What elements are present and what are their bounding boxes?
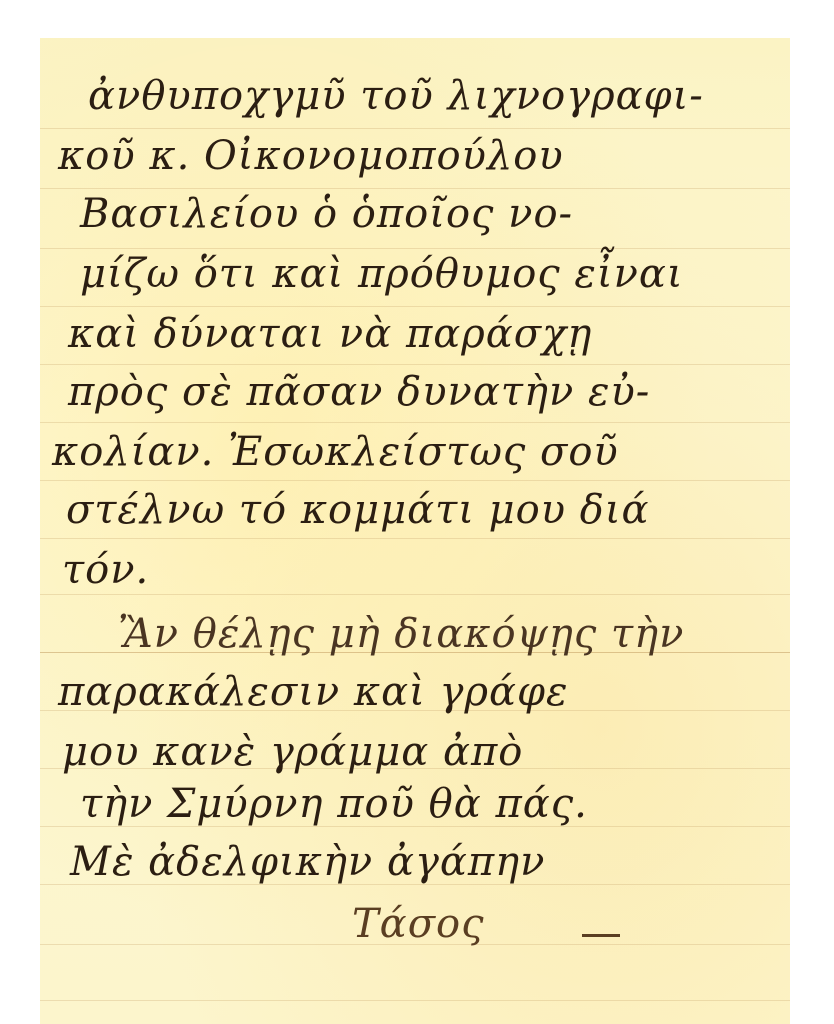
ruled-line (40, 422, 790, 423)
signature: Τάσος (352, 900, 484, 948)
ruled-line (40, 188, 790, 189)
ruled-line (40, 364, 790, 365)
letter-line-14: Μὲ ἀδελφικὴν ἀγάπην (70, 838, 545, 886)
letter-line-13: τὴν Σμύρνη ποῦ θὰ πάς. (80, 780, 588, 828)
ruled-line (40, 594, 790, 595)
signature-dash (582, 934, 620, 937)
letter-line-6: πρὸς σὲ πᾶσαν δυνατὴν εὐ- (68, 368, 650, 416)
ruled-line (40, 306, 790, 307)
letter-line-4: μίζω ὅτι καὶ πρόθυμος εἶναι (80, 250, 684, 298)
letter-line-11: παρακάλεσιν καὶ γράφε (58, 668, 568, 716)
letter-line-9: τόν. (62, 546, 149, 594)
letter-line-1: ἀνθυποχγμῦ τοῦ λιχνογραφι- (88, 72, 704, 120)
letter-line-10: Ἂν θέλῃς μὴ διακόψῃς τὴν (118, 610, 684, 658)
letter-line-3: Βασιλείου ὁ ὁποῖος νο- (80, 190, 573, 238)
letter-line-2: κοῦ κ. Οἰκονομοπούλου (58, 132, 564, 180)
letter-line-5: καὶ δύναται νὰ παράσχῃ (68, 310, 592, 358)
ruled-line (40, 480, 790, 481)
letter-line-12: μου κανὲ γράμμα ἀπὸ (62, 728, 523, 776)
ruled-line (40, 248, 790, 249)
letter-line-8: στέλνω τό κομμάτι μου διά (66, 486, 650, 534)
ruled-line (40, 538, 790, 539)
letter-line-7: κολίαν. Ἐσωκλείστως σοῦ (52, 428, 619, 476)
ruled-line (40, 128, 790, 129)
ruled-line (40, 1000, 790, 1001)
